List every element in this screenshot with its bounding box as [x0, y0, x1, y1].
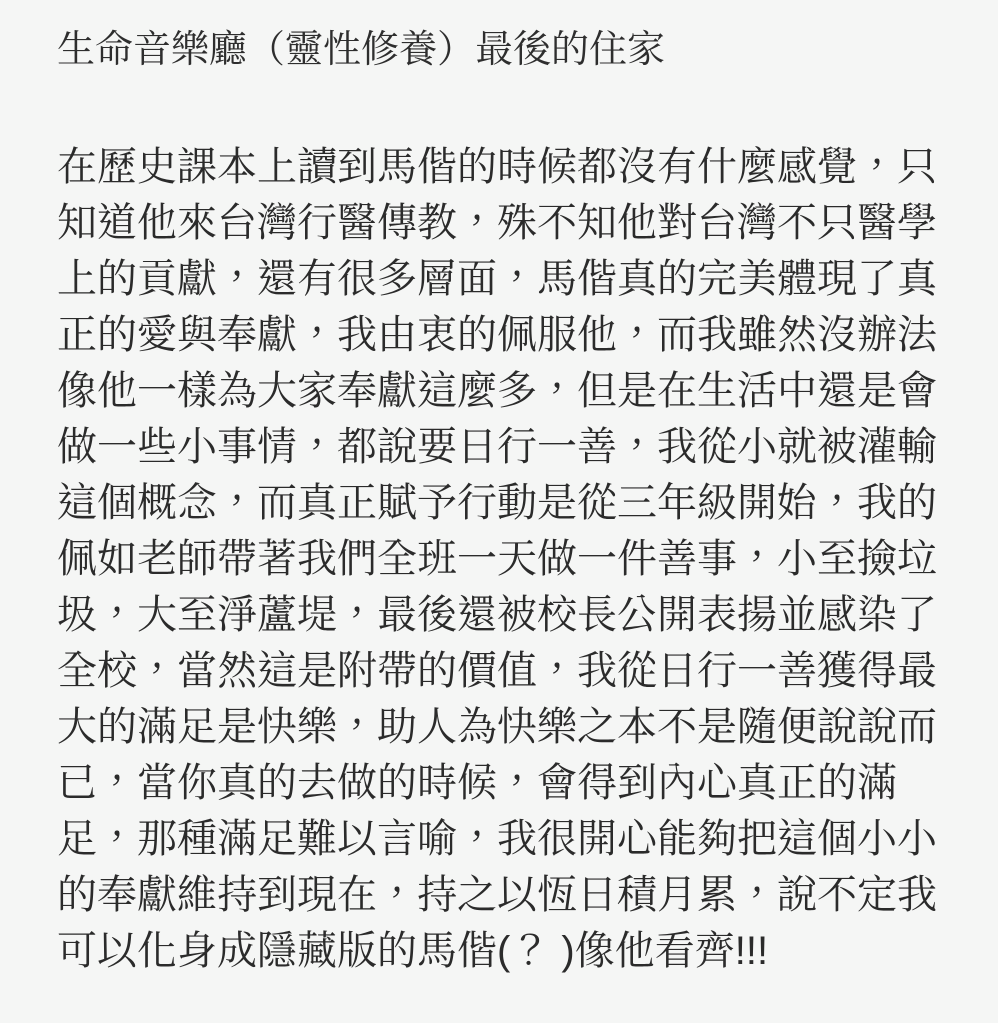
document-page: 生命音樂廳（靈性修養）最後的住家 在歷史課本上讀到馬偕的時候都沒有什麼感覺，只 …: [0, 0, 998, 1023]
article-body: 在歷史課本上讀到馬偕的時候都沒有什麼感覺，只 知道他來台灣行醫傳教，殊不知他對台…: [57, 139, 962, 979]
page-title: 生命音樂廳（靈性修養）最後的住家: [57, 26, 962, 75]
